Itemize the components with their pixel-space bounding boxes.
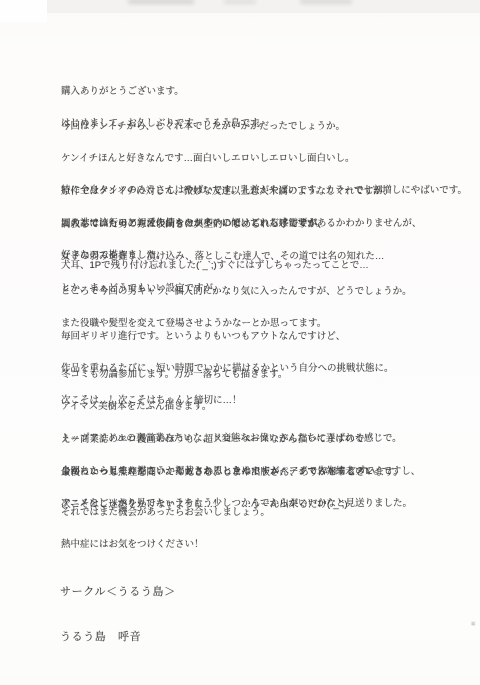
text-line: ケンイチほんと好きなんです…面白いしエロいしエロいし面白いし。 (61, 154, 467, 165)
scan-corner-highlight (0, 0, 47, 22)
text-line: 熱中症にはお気をつけください！ (61, 540, 270, 551)
scanned-page: 購入ありがとうございます。 はじめまして、お久しぶりです、うるう島です。 今回は… (0, 0, 480, 685)
signature-block: サークル＜うるう島＞ うるう島 呼音 (60, 555, 176, 675)
text-line: 毎回ギリギリ進行です。というよりもいつもアウトなんですけど、 (61, 332, 394, 343)
scan-top-shadow (47, 0, 480, 13)
text-line: ところで今回の男キャラ、個人的にかなり気に入ったんですが、どうでしょうか。 (61, 287, 412, 298)
scan-smudge (128, 0, 194, 4)
text-line: 調教していた男の方は表向きは典型的いじめられっ子ですが、 (61, 220, 384, 231)
text-line: えー商業誌のエロ漫画のほうも、超スローペースながら描いてますので (61, 435, 384, 446)
text-line: それではまた機会があったらお会いしましょう。 (61, 508, 270, 519)
page-edge-mark: ≡ (471, 622, 478, 633)
text-line: 最後にいつも無理を聞いてくださる、しまや出版さん、ありがとうございます。 (61, 468, 403, 479)
text-line: 冬コミも勿論参加します。万が一落ちても描きます。 (61, 370, 420, 381)
circle-name: サークル＜うるう島＞ (60, 585, 176, 600)
text-line: 購入ありがとうございます。 (61, 87, 268, 98)
text-line: 原作ではケンイチに対して、微妙な友達以上恋人未満のようなしぐれですが、 (61, 187, 392, 198)
scan-smudge (224, 0, 256, 4)
scan-smudge (300, 0, 352, 4)
text-line: 今回はケンイチから、しぐれ本でしたがいかがだったでしょうか。 (61, 122, 467, 133)
author-name: うるう島 呼音 (60, 630, 176, 645)
text-line: アイマス美樹本をたぶん描きます。 (61, 402, 420, 413)
